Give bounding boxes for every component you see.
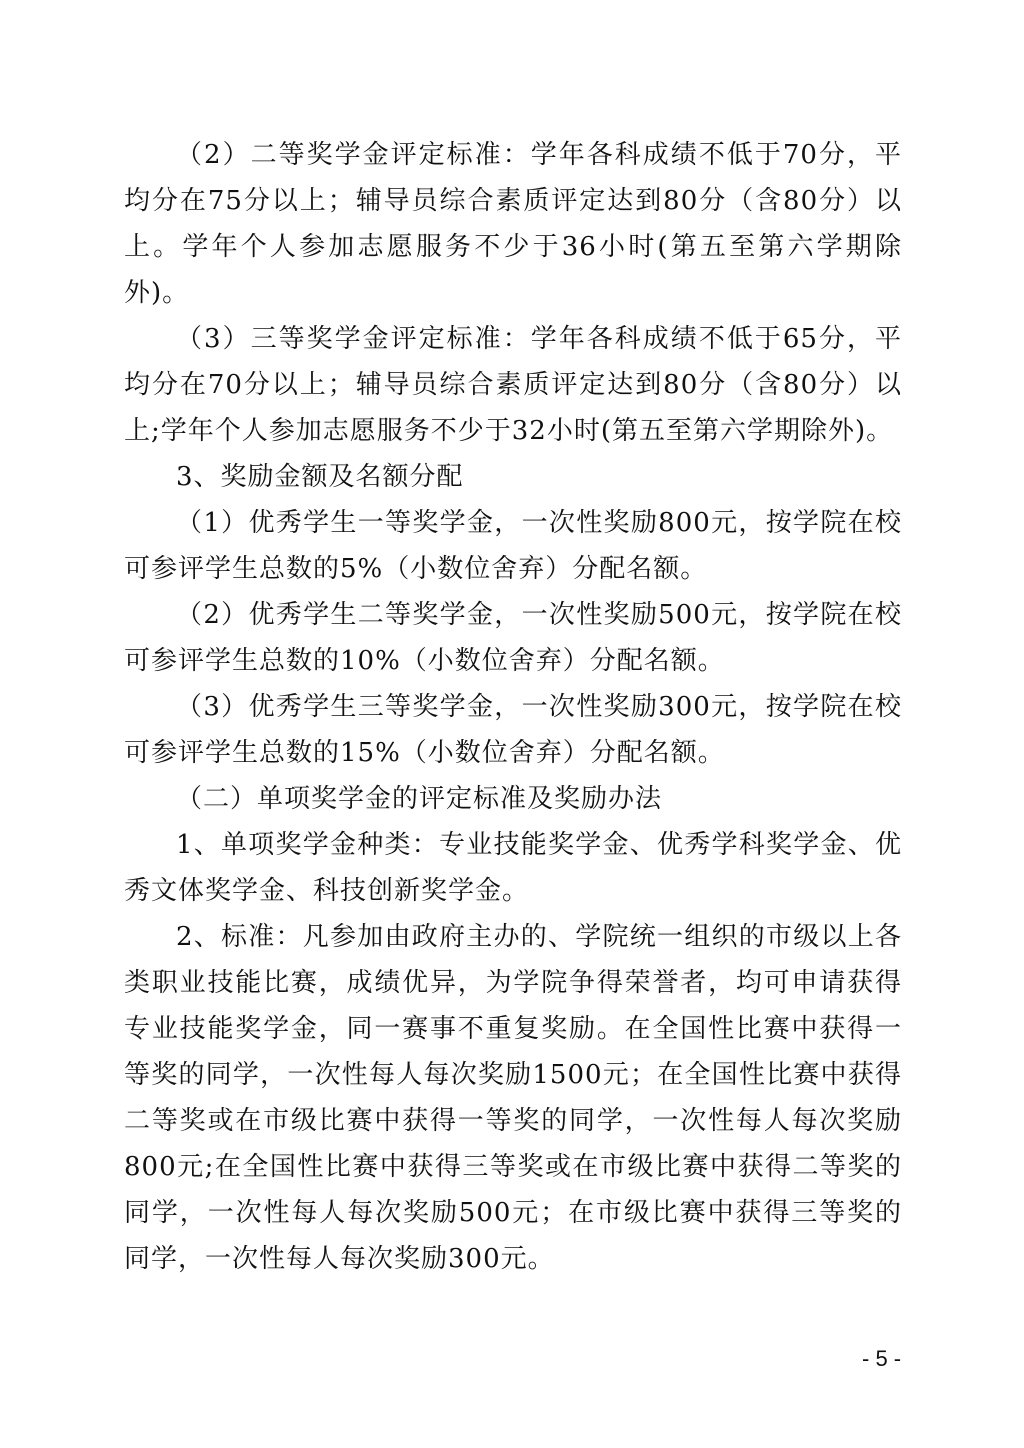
page-number: - 5 - <box>862 1346 901 1372</box>
paragraph-third-prize-amount: （3）优秀学生三等奖学金，一次性奖励300元，按学院在校可参评学生总数的15%（… <box>124 684 902 776</box>
document-body: （2）二等奖学金评定标准：学年各科成绩不低于70分，平均分在75分以上；辅导员综… <box>124 132 902 1282</box>
paragraph-scholarship-types: 1、单项奖学金种类：专业技能奖学金、优秀学科奖学金、优秀文体奖学金、科技创新奖学… <box>124 822 902 914</box>
paragraph-second-prize-amount: （2）优秀学生二等奖学金，一次性奖励500元，按学院在校可参评学生总数的10%（… <box>124 592 902 684</box>
section-heading-award-amounts: 3、奖励金额及名额分配 <box>124 454 902 500</box>
paragraph-skill-award-standard: 2、标准：凡参加由政府主办的、学院统一组织的市级以上各类职业技能比赛，成绩优异，… <box>124 914 902 1282</box>
section-heading-single-item-scholarship: （二）单项奖学金的评定标准及奖励办法 <box>124 776 902 822</box>
paragraph-first-prize-amount: （1）优秀学生一等奖学金，一次性奖励800元，按学院在校可参评学生总数的5%（小… <box>124 500 902 592</box>
paragraph-third-prize-criteria: （3）三等奖学金评定标准：学年各科成绩不低于65分，平均分在70分以上；辅导员综… <box>124 316 902 454</box>
paragraph-second-prize-criteria: （2）二等奖学金评定标准：学年各科成绩不低于70分，平均分在75分以上；辅导员综… <box>124 132 902 316</box>
